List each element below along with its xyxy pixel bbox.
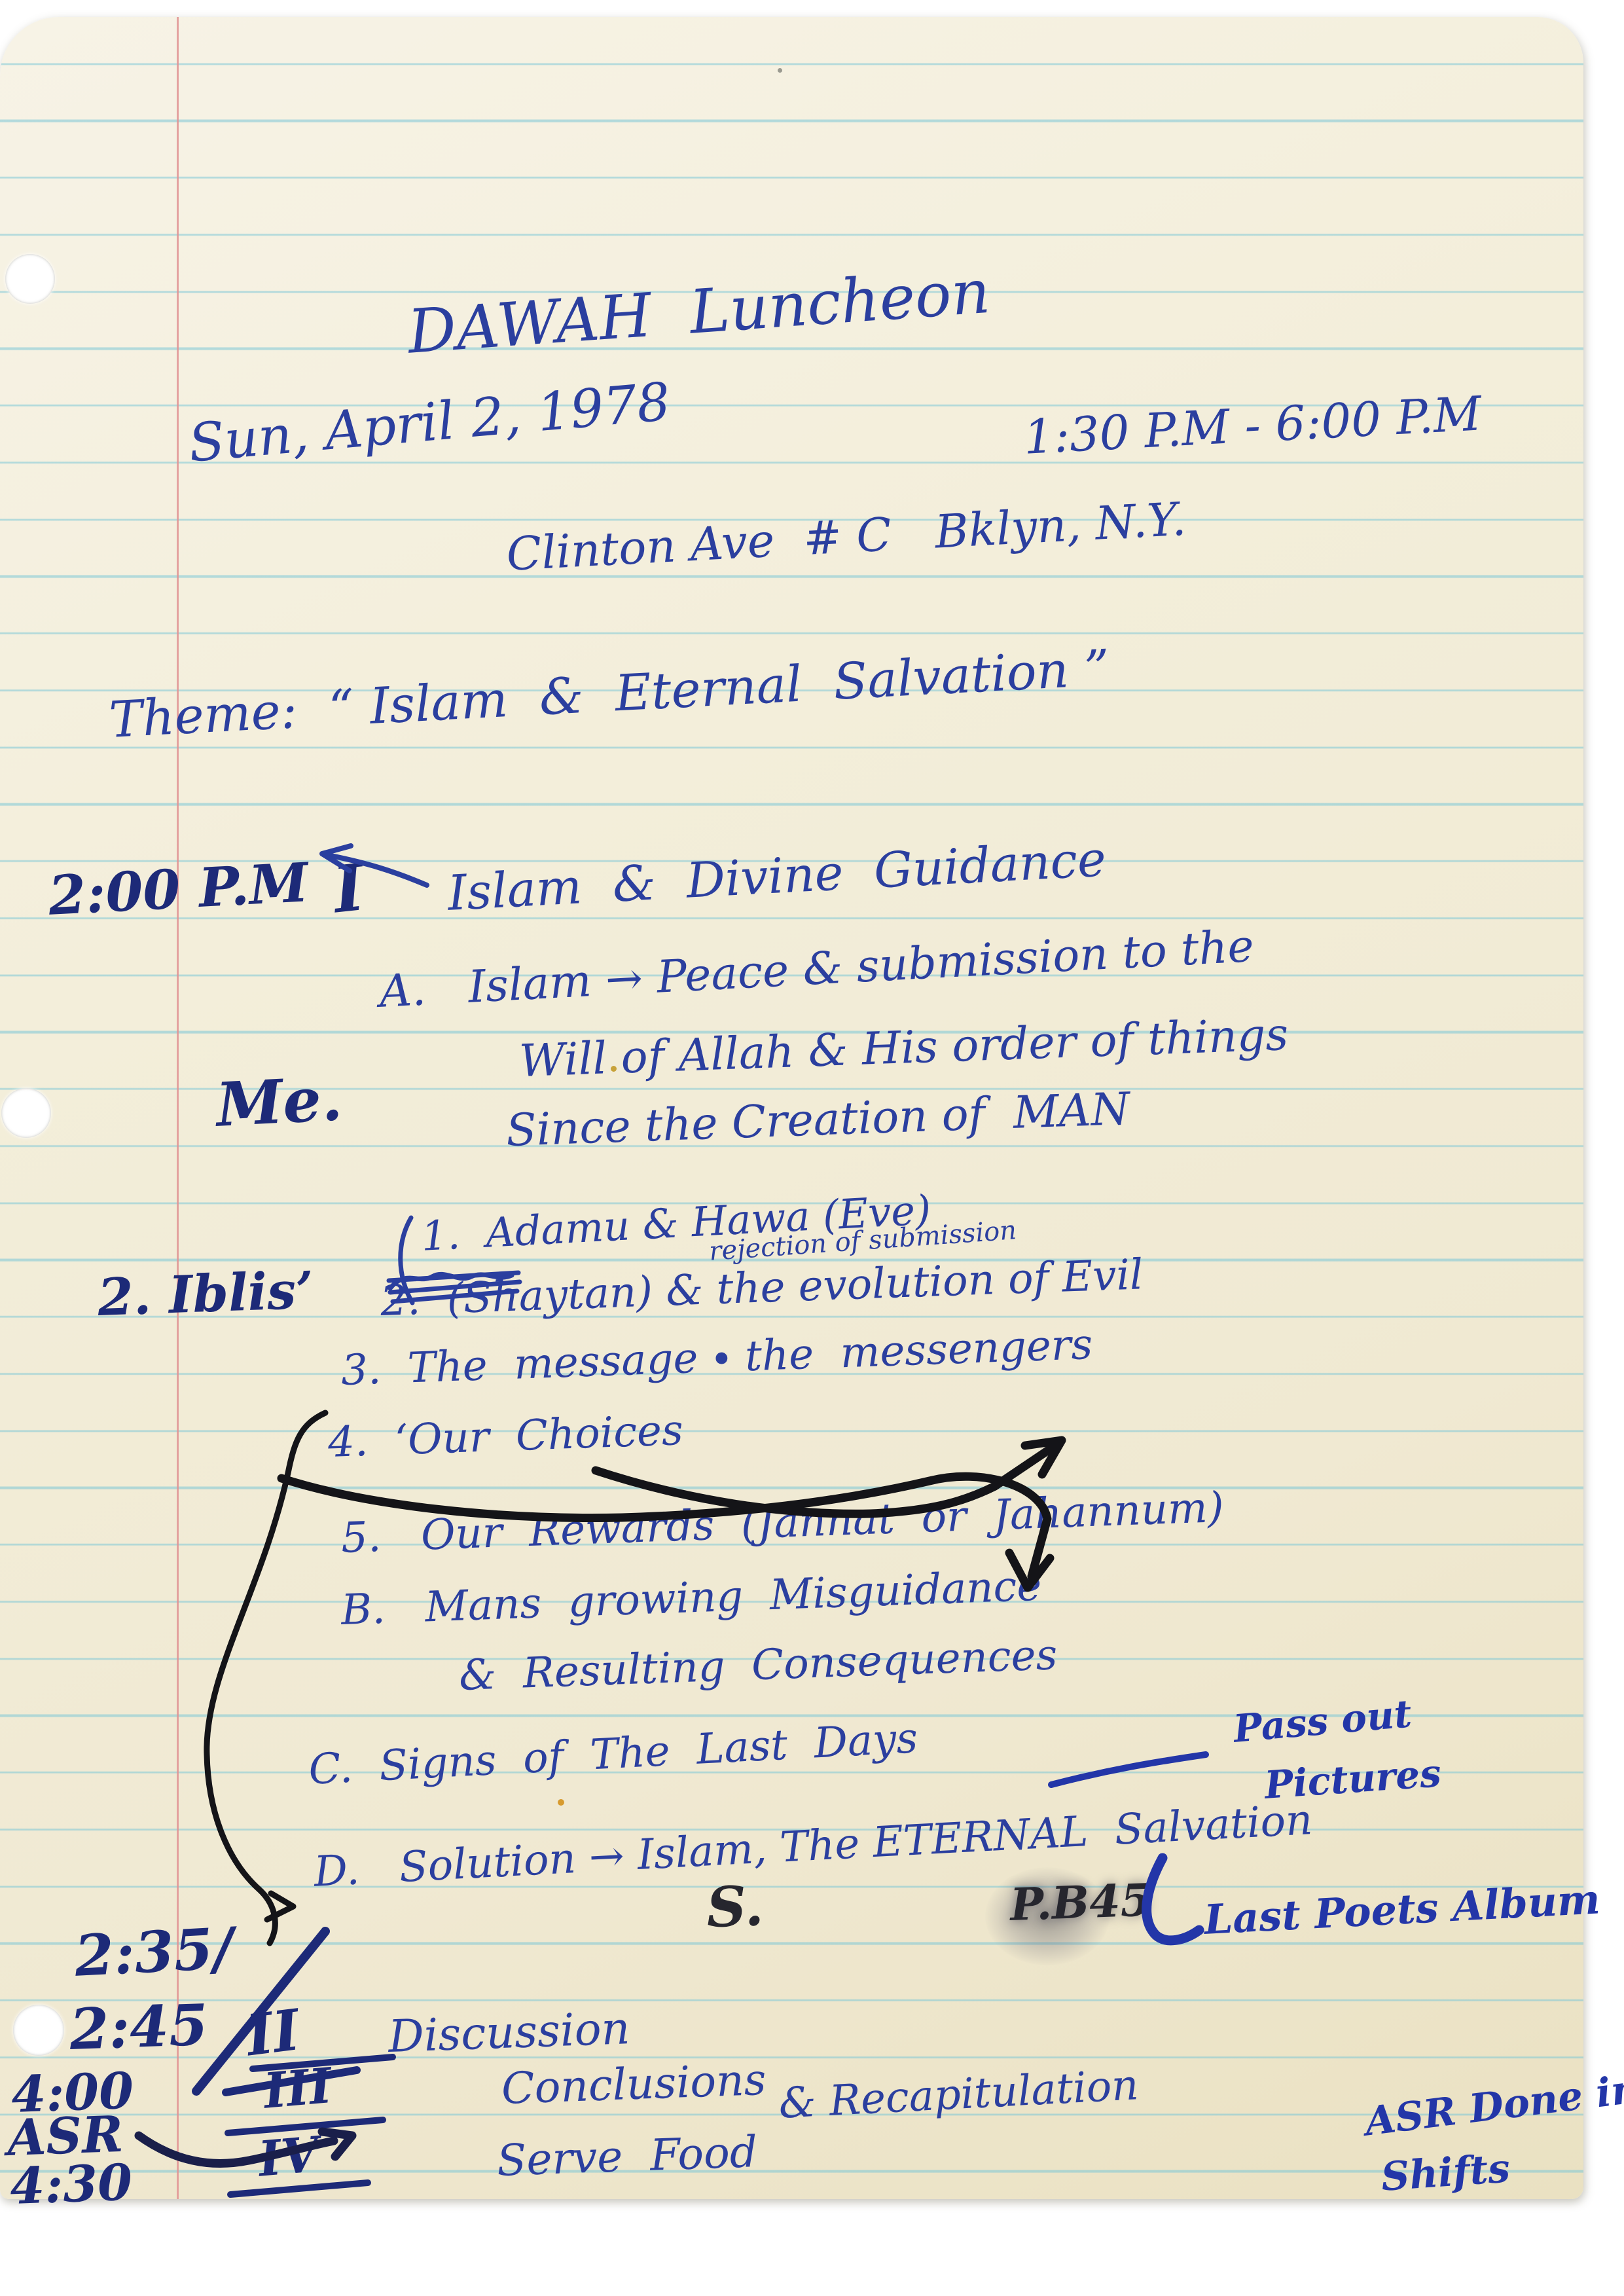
punch-hole-bottom [13, 2005, 64, 2056]
session2-time-start: 2:35/ [73, 1920, 235, 1985]
session4-title: Serve Food [496, 2130, 758, 2183]
session2-numeral: II [244, 2002, 302, 2064]
sub-item-4: 4. ‘Our Choices [327, 1410, 684, 1464]
session3-numeral: III [262, 2062, 334, 2116]
red-margin-line [177, 17, 179, 2199]
session1-numeral: I [331, 856, 367, 922]
session2-title: Discussion [388, 2007, 630, 2060]
annotation-pb: P.B45 [1009, 1878, 1152, 1927]
paper-speck [558, 1799, 564, 1806]
margin-item-2: 2. Iblis’ [97, 1265, 314, 1323]
session1-time: 2:00 P.M [47, 856, 310, 923]
punch-hole-top [5, 254, 55, 304]
annotation-s: S. [706, 1878, 765, 1935]
scanned-note-page: { "palette": { "ink_blue": "#2b3f9f", "i… [0, 0, 1624, 2296]
margin-note-me: Me. [215, 1068, 344, 1135]
punch-hole-middle [1, 1088, 51, 1138]
session3-title-line1: Conclusions [501, 2058, 767, 2111]
session4-note-line2: Shifts [1380, 2149, 1511, 2197]
paper-speck [778, 68, 782, 73]
session4-numeral: IV [257, 2130, 321, 2184]
session4-time: 4:30 [9, 2157, 133, 2211]
session2-time-end: 2:45 [69, 1997, 209, 2058]
